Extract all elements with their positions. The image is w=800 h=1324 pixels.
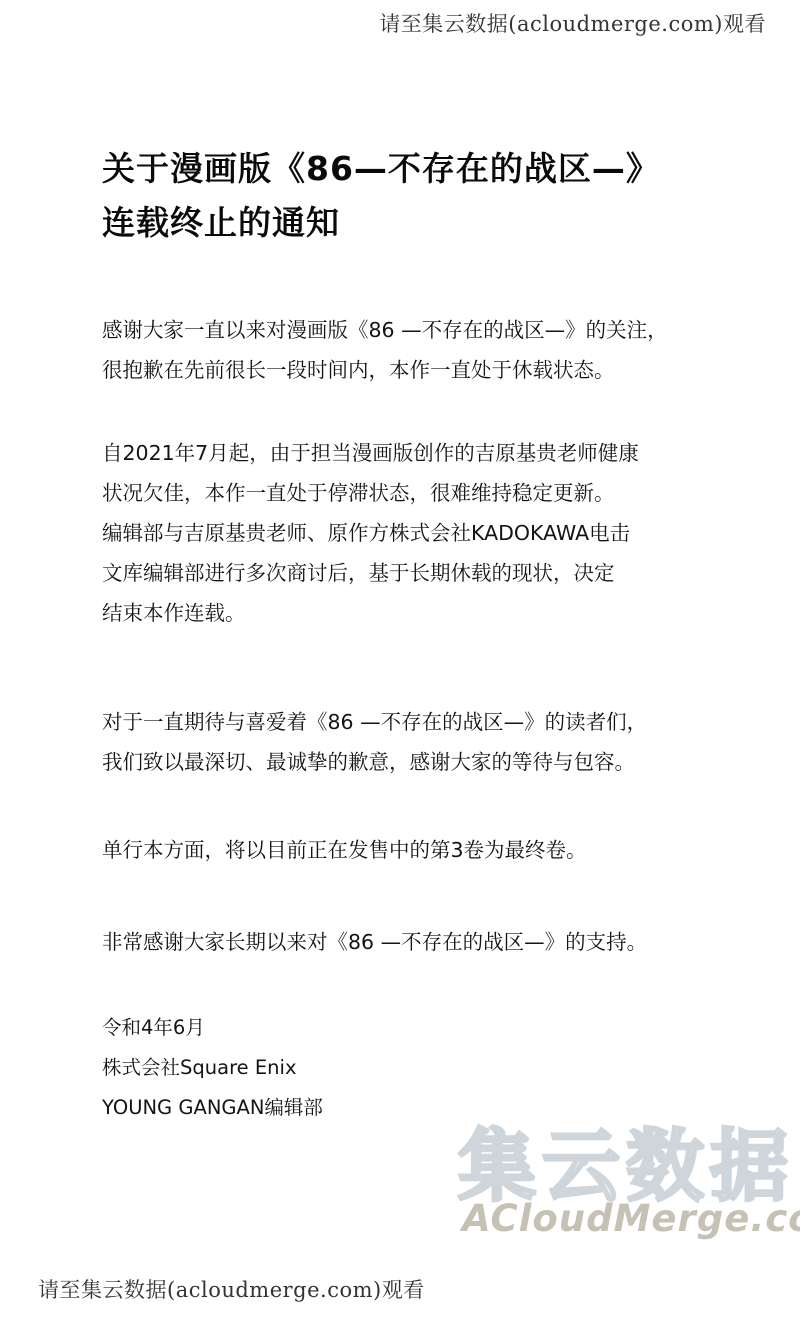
paragraph-line: 对于一直期待与喜爱着《86 —不存在的战区—》的读者们， <box>102 702 647 742</box>
source-watermark-bottom: 请至集云数据(acloudmerge.com)观看 <box>38 1274 425 1304</box>
paragraph-line: 文库编辑部进行多次商讨后，基于长期休载的现状，决定 <box>102 553 639 593</box>
signature-company: 株式会社Square Enix <box>102 1048 323 1088</box>
watermark-logo: 集云数据 ACloudMerge.com <box>458 1125 798 1250</box>
paragraph-line: 非常感谢大家长期以来对《86 —不存在的战区—》的支持。 <box>102 922 647 962</box>
paragraph-line: 状况欠佳，本作一直处于停滞状态，很难维持稳定更新。 <box>102 473 639 513</box>
notice-title: 关于漫画版《86—不存在的战区—》 连载终止的通知 <box>102 142 742 250</box>
paragraph-closing-thanks: 非常感谢大家长期以来对《86 —不存在的战区—》的支持。 <box>102 922 647 962</box>
paragraph-reason-for-ending: 自2021年7月起，由于担当漫画版创作的吉原基贵老师健康 状况欠佳，本作一直处于… <box>102 433 639 633</box>
paragraph-line: 很抱歉在先前很长一段时间内，本作一直处于休载状态。 <box>102 350 668 390</box>
paragraph-line: 我们致以最深切、最诚挚的歉意，感谢大家的等待与包容。 <box>102 742 647 782</box>
signature-department: YOUNG GANGAN编辑部 <box>102 1088 323 1128</box>
paragraph-final-volume: 单行本方面，将以目前正在发售中的第3卷为最终卷。 <box>102 830 587 870</box>
paragraph-line: 编辑部与吉原基贵老师、原作方株式会社KADOKAWA电击 <box>102 513 639 553</box>
paragraph-line: 感谢大家一直以来对漫画版《86 —不存在的战区—》的关注， <box>102 310 668 350</box>
signature-date: 令和4年6月 <box>102 1008 323 1048</box>
notice-title-line-1: 关于漫画版《86—不存在的战区—》 <box>102 142 742 196</box>
paragraph-apology: 对于一直期待与喜爱着《86 —不存在的战区—》的读者们， 我们致以最深切、最诚挚… <box>102 702 647 782</box>
watermark-logo-en: ACloudMerge.com <box>462 1197 800 1240</box>
paragraph-line: 单行本方面，将以目前正在发售中的第3卷为最终卷。 <box>102 830 587 870</box>
notice-title-line-2: 连载终止的通知 <box>102 196 742 250</box>
source-watermark-top: 请至集云数据(acloudmerge.com)观看 <box>379 8 766 38</box>
paragraph-line: 结束本作连载。 <box>102 593 639 633</box>
signature-block: 令和4年6月 株式会社Square Enix YOUNG GANGAN编辑部 <box>102 1008 323 1128</box>
paragraph-line: 自2021年7月起，由于担当漫画版创作的吉原基贵老师健康 <box>102 433 639 473</box>
paragraph-thanks-for-attention: 感谢大家一直以来对漫画版《86 —不存在的战区—》的关注， 很抱歉在先前很长一段… <box>102 310 668 390</box>
